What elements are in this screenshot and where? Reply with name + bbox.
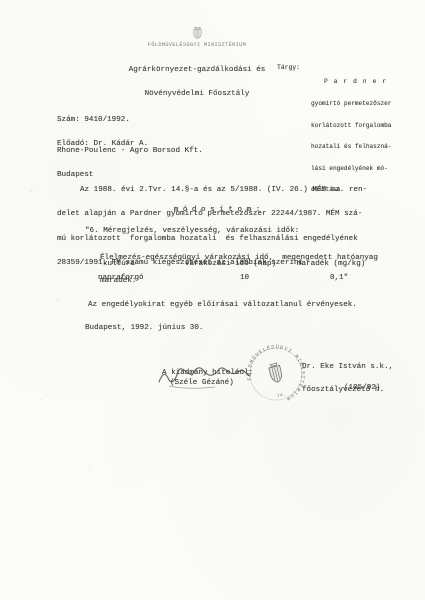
coat-of-arms-icon (190, 25, 205, 40)
table-cell-culture: napraforgó (98, 274, 144, 282)
scan-speckle (70, 233, 72, 235)
scan-speckle (57, 298, 59, 301)
scan-speckle (30, 190, 33, 192)
body-line: Az 1988. évi 2.Tvr. 14.§-a és az 5/1988.… (57, 186, 379, 194)
subject-line: hozatali és felhaszná- (311, 143, 391, 150)
table-header-waiting-time: várakozási idő (nap) (185, 260, 276, 268)
scan-speckle (40, 398, 42, 400)
closing-sentence: Az engedélyokirat egyéb előírásai változ… (88, 301, 357, 309)
department-line1: Agrárkörnyezet-gazdálkodási és (97, 66, 297, 74)
document-code: (105/92) (344, 384, 380, 392)
subject-line: korlátozott forgalomba (311, 122, 391, 129)
handwritten-signature-icon (155, 364, 257, 392)
table-cell-residue: 0,1" (330, 274, 348, 282)
date-line: Budapest, 1992. június 30. (85, 324, 203, 332)
table-header-culture: kultúra (103, 260, 135, 268)
ministry-name: FÖLDMŰVELÉSÜGYI MINISZTÉRIUM (97, 41, 297, 49)
amendment-heading: "6. Méregjelzés, veszélyesség, várakozás… (85, 227, 299, 235)
subject-line: gyomirtó permetezőszer (311, 100, 391, 107)
department-line2: Növényvédelmi Főosztály (97, 90, 297, 98)
amendment-subheading: Élelmezés-egészségügyi várakozási idő, m… (100, 240, 378, 301)
addressee-company: Rhone-Poulenc - Agro Borsod Kft. (57, 147, 203, 155)
signatory-name: Dr. Eke István s.k., (302, 364, 393, 372)
document-number: Szám: 9410/1992. (57, 116, 148, 124)
scan-speckle (88, 466, 91, 468)
emphasis-modositom: m ó d o s í t o m : (57, 206, 377, 214)
scan-speckle (350, 242, 352, 244)
stamp-number: 74. (277, 391, 286, 399)
table-header-residue: maradék (mg/kg) (297, 260, 365, 268)
scan-speckle (20, 520, 22, 522)
signatory-block: Dr. Eke István s.k., főosztályvezető h. (302, 348, 393, 410)
document-page: FÖLDMŰVELÉSÜGYI MINISZTÉRIUM Agrárkörnye… (0, 0, 425, 600)
subject-product-name: P a r d n e r (324, 78, 391, 85)
subject-label: Tárgy: (277, 64, 300, 72)
table-cell-waiting-time: 10 (240, 274, 249, 282)
